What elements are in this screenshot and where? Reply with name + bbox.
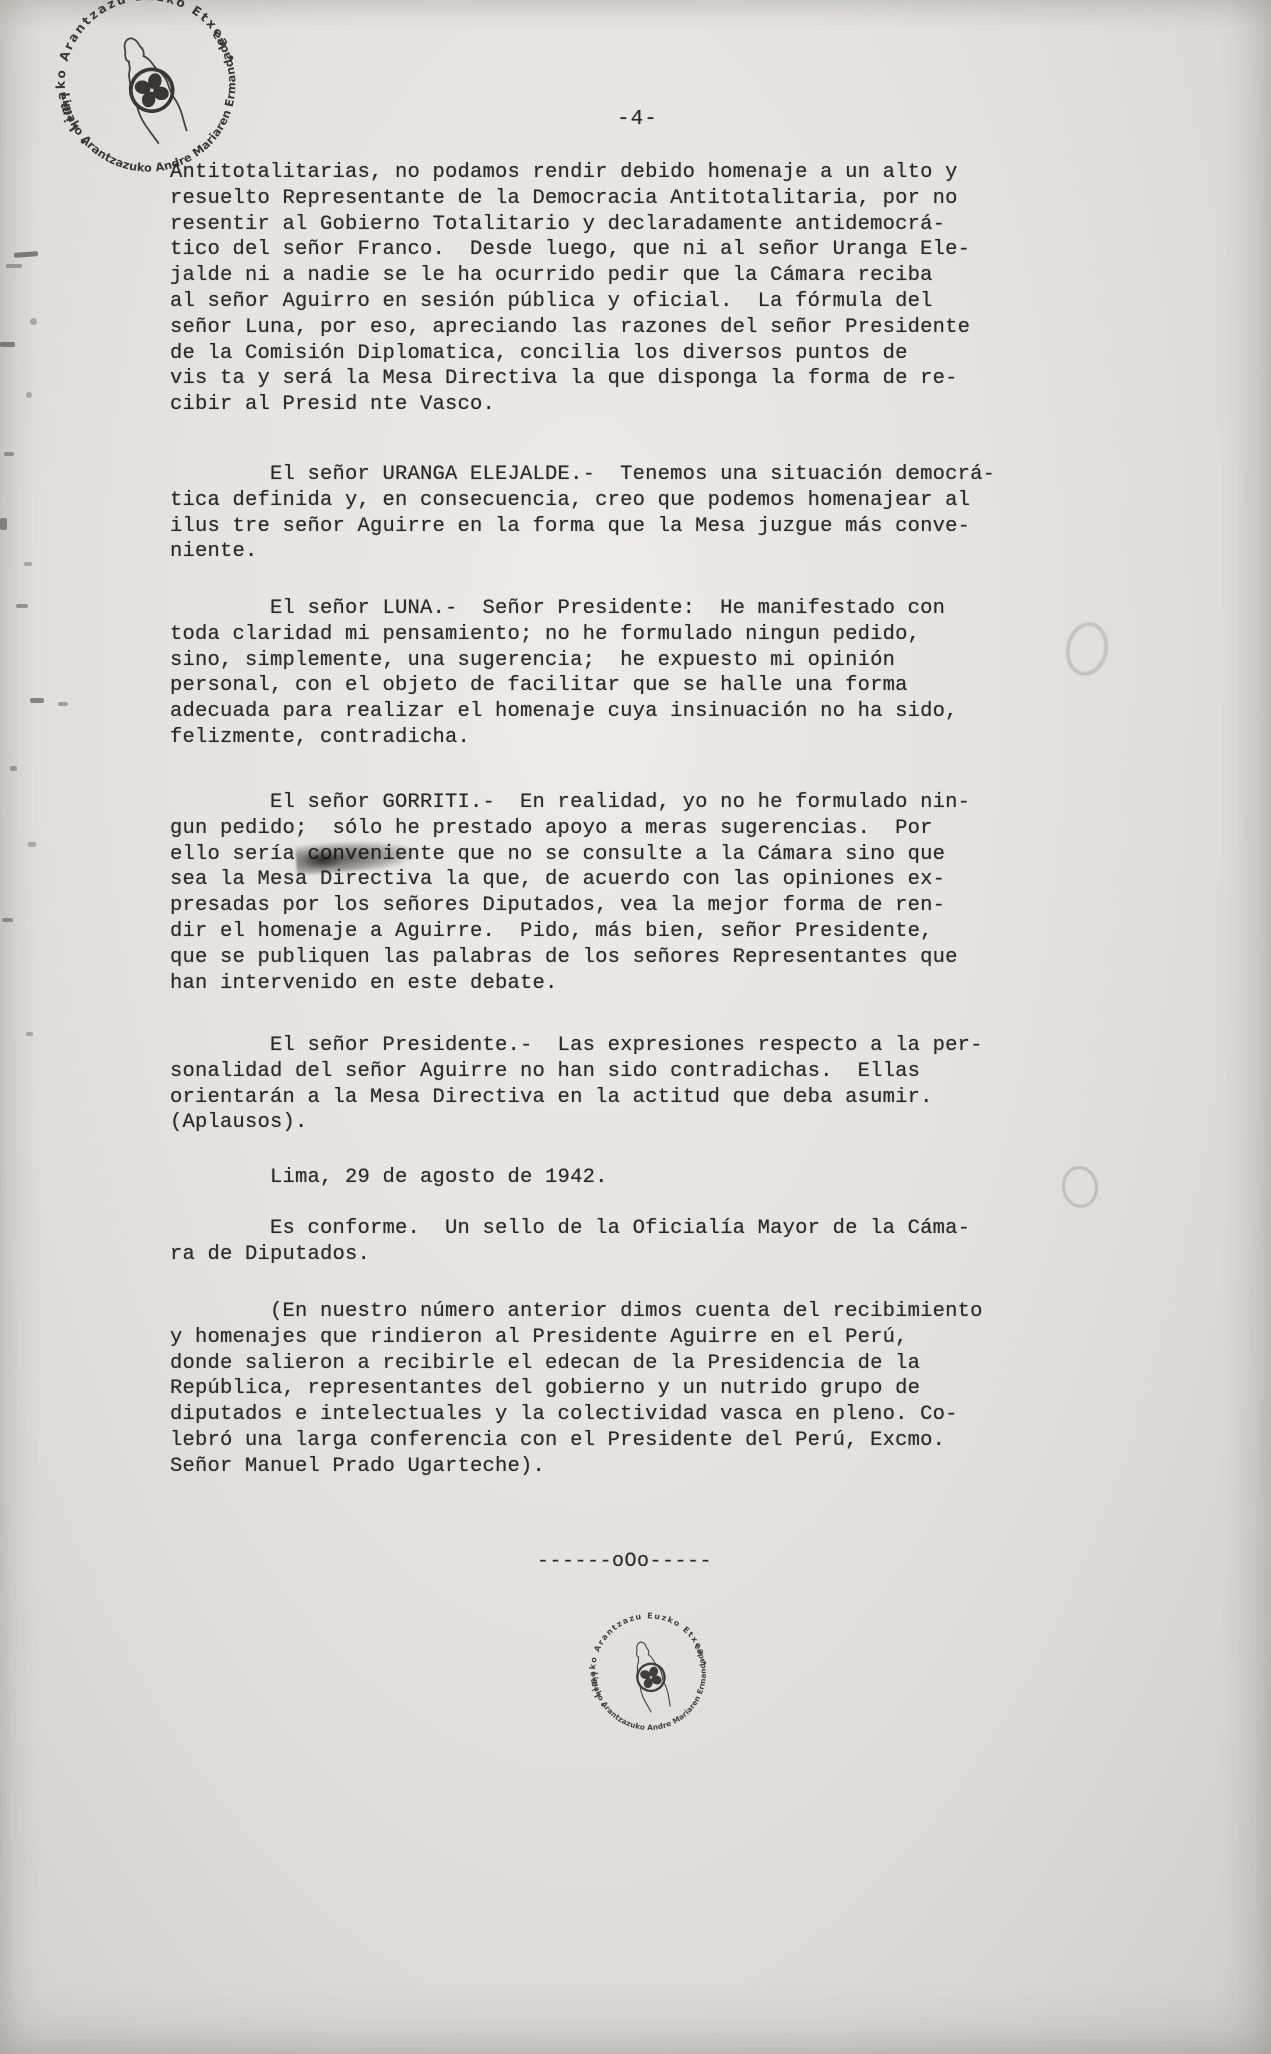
paragraph-uranga-elejalde: El señor URANGA ELEJALDE.- Tenemos una s… bbox=[170, 462, 995, 565]
ink-blot bbox=[300, 850, 344, 870]
scan-artifact bbox=[4, 452, 14, 456]
document-page: • Limako Arantzazu Euzko Etxea • Limako … bbox=[0, 0, 1271, 2054]
paragraph-continuation: Antitotalitarias, no podamos rendir debi… bbox=[170, 160, 970, 418]
page-number: -4- bbox=[617, 108, 658, 131]
scan-artifact bbox=[30, 698, 44, 703]
paragraph-es-conforme: Es conforme. Un sello de la Oficialía Ma… bbox=[170, 1216, 970, 1268]
scan-artifact bbox=[24, 562, 32, 566]
scan-artifact bbox=[28, 842, 36, 847]
scan-artifact bbox=[0, 518, 7, 530]
paragraph-gorriti: El señor GORRITI.- En realidad, yo no he… bbox=[170, 790, 970, 996]
paragraph-luna: El señor LUNA.- Señor Presidente: He man… bbox=[170, 596, 958, 751]
scan-artifact bbox=[26, 392, 32, 398]
paragraph-presidente: El señor Presidente.- Las expresiones re… bbox=[170, 1033, 983, 1136]
dateline: Lima, 29 de agosto de 1942. bbox=[170, 1165, 608, 1191]
section-divider: ------oOo----- bbox=[537, 1550, 712, 1573]
scan-artifact bbox=[58, 702, 68, 706]
paragraph-editorial-note: (En nuestro número anterior dimos cuenta… bbox=[170, 1299, 983, 1480]
scan-artifact bbox=[26, 1032, 33, 1036]
scan-artifact bbox=[6, 264, 22, 268]
scan-artifact bbox=[10, 766, 17, 771]
scan-artifact bbox=[0, 342, 15, 347]
typewritten-text-layer: -4- Antitotalitarias, no podamos rendir … bbox=[0, 0, 1271, 2054]
scan-artifact bbox=[30, 318, 37, 325]
scan-artifact bbox=[16, 604, 28, 608]
scan-artifact bbox=[2, 918, 13, 922]
